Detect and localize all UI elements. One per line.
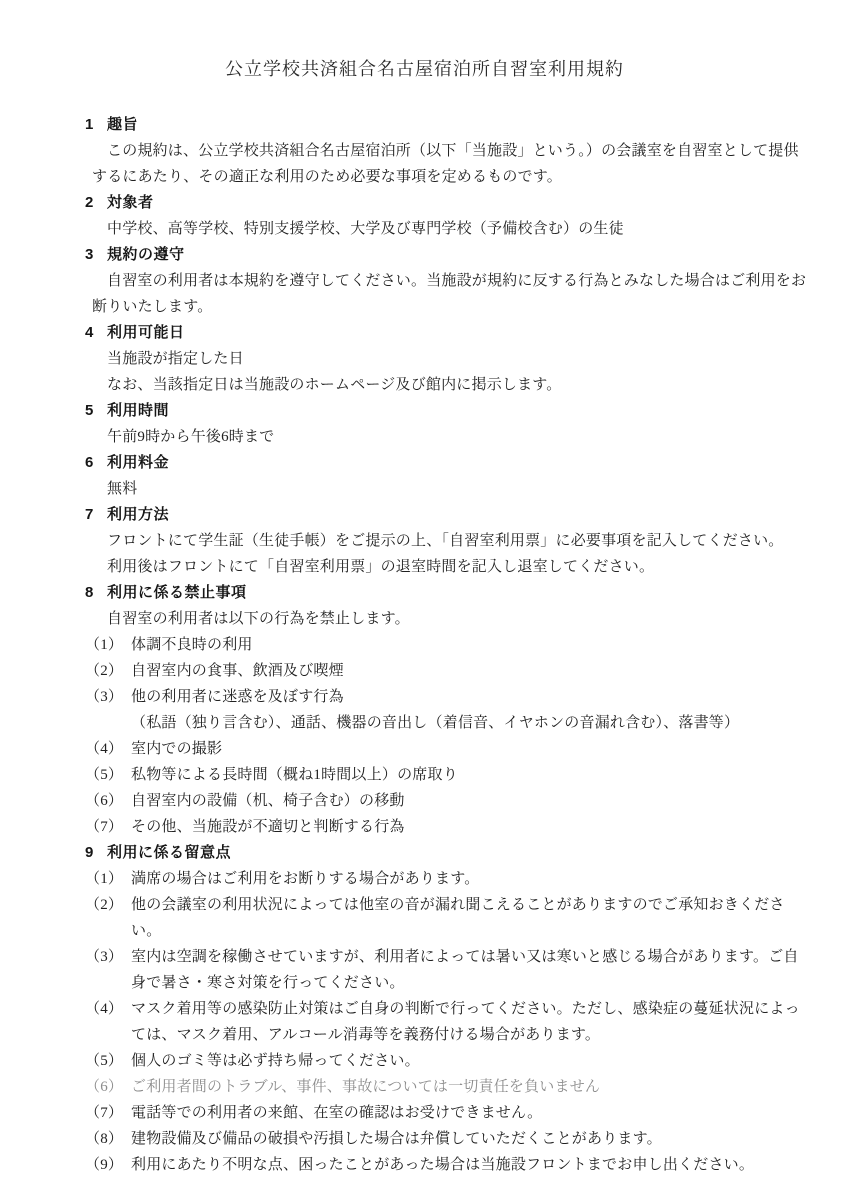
section-7: 7 利用方法 フロントにて学生証（生徒手帳）をご提示の上、「自習室利用票」に必要… [85,502,808,580]
list-item-muted: （6） ご利用者間のトラブル、事件、事故については一切責任を負いません [85,1074,808,1100]
item-marker: （4） [85,996,131,1048]
item-marker: （6） [85,788,131,814]
list-item: （7） その他、当施設が不適切と判断する行為 [85,814,808,840]
item-marker: （7） [85,1100,131,1126]
section-title: 利用料金 [107,450,169,476]
section-heading: 9 利用に係る留意点 [85,840,808,866]
section-number: 6 [85,450,94,476]
list-item: （5） 個人のゴミ等は必ず持ち帰ってください。 [85,1048,808,1074]
section-heading: 8 利用に係る禁止事項 [85,580,808,606]
section-number: 1 [85,112,94,138]
item-marker: （1） [85,632,131,658]
list-item: （1） 体調不良時の利用 [85,632,808,658]
section-number: 8 [85,580,94,606]
section-number: 3 [85,242,94,268]
section-title: 利用に係る禁止事項 [107,580,247,606]
item-text: 自習室内の設備（机、椅子含む）の移動 [131,788,808,814]
section-heading: 2 対象者 [85,190,808,216]
section-4: 4 利用可能日 当施設が指定した日 なお、当該指定日は当施設のホームページ及び館… [85,320,808,398]
section-title: 利用可能日 [107,320,185,346]
list-item: （1） 満席の場合はご利用をお断りする場合があります。 [85,866,808,892]
list-item: （7） 電話等での利用者の来館、在室の確認はお受けできません。 [85,1100,808,1126]
paragraph: 自習室の利用者は本規約を遵守してください。当施設が規約に反する行為とみなした場合… [92,268,808,320]
list-item: （3） 室内は空調を稼働させていますが、利用者によっては暑い又は寒いと感じる場合… [85,944,808,996]
item-marker: （7） [85,814,131,840]
section-title: 対象者 [107,190,154,216]
section-6: 6 利用料金 無料 [85,450,808,502]
item-text: 建物設備及び備品の破損や汚損した場合は弁償していただくことがあります。 [131,1126,808,1152]
section-title: 規約の遵守 [107,242,185,268]
item-text: 利用にあたり不明な点、困ったことがあった場合は当施設フロントまでお申し出ください… [131,1152,808,1178]
section-number: 4 [85,320,94,346]
item-subtext: （私語（独り言含む）、通話、機器の音出し（着信音、イヤホンの音漏れ含む）、落書等… [131,710,808,736]
item-text: 私物等による長時間（概ね1時間以上）の席取り [131,762,808,788]
section-heading: 7 利用方法 [85,502,808,528]
section-heading: 4 利用可能日 [85,320,808,346]
prohibited-item-list: （1） 体調不良時の利用 （2） 自習室内の食事、飲酒及び喫煙 （3） 他の利用… [85,632,808,840]
section-title: 利用方法 [107,502,169,528]
item-marker: （5） [85,762,131,788]
notes-item-list: （1） 満席の場合はご利用をお断りする場合があります。 （2） 他の会議室の利用… [85,866,808,1178]
item-text: 他の会議室の利用状況によっては他室の音が漏れ聞こえることがありますのでご承知おき… [131,892,808,944]
section-8: 8 利用に係る禁止事項 自習室の利用者は以下の行為を禁止します。 （1） 体調不… [85,580,808,840]
item-marker: （9） [85,1152,131,1178]
section-number: 7 [85,502,94,528]
item-marker: （2） [85,892,131,944]
item-marker: （3） [85,944,131,996]
list-item: （2） 自習室内の食事、飲酒及び喫煙 [85,658,808,684]
item-marker: （8） [85,1126,131,1152]
section-5: 5 利用時間 午前9時から午後6時まで [85,398,808,450]
item-text: 満席の場合はご利用をお断りする場合があります。 [131,866,808,892]
section-number: 9 [85,840,94,866]
item-text: 電話等での利用者の来館、在室の確認はお受けできません。 [131,1100,808,1126]
section-heading: 1 趣旨 [85,112,808,138]
section-number: 2 [85,190,94,216]
item-text: 他の利用者に迷惑を及ぼす行為 （私語（独り言含む）、通話、機器の音出し（着信音、… [131,684,808,736]
item-marker: （4） [85,736,131,762]
list-item: （3） 他の利用者に迷惑を及ぼす行為 （私語（独り言含む）、通話、機器の音出し（… [85,684,808,736]
section-1: 1 趣旨 この規約は、公立学校共済組合名古屋宿泊所（以下「当施設」という。）の会… [85,112,808,190]
item-marker: （1） [85,866,131,892]
item-text: 室内での撮影 [131,736,808,762]
list-item: （6） 自習室内の設備（机、椅子含む）の移動 [85,788,808,814]
item-text: その他、当施設が不適切と判断する行為 [131,814,808,840]
item-text: 個人のゴミ等は必ず持ち帰ってください。 [131,1048,808,1074]
item-marker: （6） [85,1074,131,1100]
document-title: 公立学校共済組合名古屋宿泊所自習室利用規約 [63,54,786,84]
paragraph: なお、当該指定日は当施設のホームページ及び館内に掲示します。 [92,372,808,398]
section-number: 5 [85,398,94,424]
list-item: （4） マスク着用等の感染防止対策はご自身の判断で行ってください。ただし、感染症… [85,996,808,1048]
list-item: （9） 利用にあたり不明な点、困ったことがあった場合は当施設フロントまでお申し出… [85,1152,808,1178]
item-marker: （5） [85,1048,131,1074]
section-heading: 3 規約の遵守 [85,242,808,268]
item-text: 自習室内の食事、飲酒及び喫煙 [131,658,808,684]
item-text: 室内は空調を稼働させていますが、利用者によっては暑い又は寒いと感じる場合がありま… [131,944,808,996]
section-2: 2 対象者 中学校、高等学校、特別支援学校、大学及び専門学校（予備校含む）の生徒 [85,190,808,242]
paragraph: フロントにて学生証（生徒手帳）をご提示の上、「自習室利用票」に必要事項を記入して… [92,528,808,554]
item-marker: （2） [85,658,131,684]
item-text: ご利用者間のトラブル、事件、事故については一切責任を負いません [131,1074,808,1100]
item-marker: （3） [85,684,131,736]
list-item: （2） 他の会議室の利用状況によっては他室の音が漏れ聞こえることがありますのでご… [85,892,808,944]
section-title: 利用に係る留意点 [107,840,231,866]
section-9: 9 利用に係る留意点 （1） 満席の場合はご利用をお断りする場合があります。 （… [85,840,808,1178]
paragraph: 利用後はフロントにて「自習室利用票」の退室時間を記入し退室してください。 [92,554,808,580]
paragraph: 当施設が指定した日 [92,346,808,372]
section-title: 趣旨 [107,112,138,138]
section-heading: 6 利用料金 [85,450,808,476]
item-text: 体調不良時の利用 [131,632,808,658]
section-3: 3 規約の遵守 自習室の利用者は本規約を遵守してください。当施設が規約に反する行… [85,242,808,320]
paragraph: 自習室の利用者は以下の行為を禁止します。 [92,606,808,632]
list-item: （5） 私物等による長時間（概ね1時間以上）の席取り [85,762,808,788]
list-item: （4） 室内での撮影 [85,736,808,762]
document-page: 公立学校共済組合名古屋宿泊所自習室利用規約 1 趣旨 この規約は、公立学校共済組… [0,0,848,1200]
paragraph: 中学校、高等学校、特別支援学校、大学及び専門学校（予備校含む）の生徒 [92,216,808,242]
list-item: （8） 建物設備及び備品の破損や汚損した場合は弁償していただくことがあります。 [85,1126,808,1152]
paragraph: 午前9時から午後6時まで [92,424,808,450]
section-heading: 5 利用時間 [85,398,808,424]
paragraph: この規約は、公立学校共済組合名古屋宿泊所（以下「当施設」という。）の会議室を自習… [92,138,808,190]
paragraph: 無料 [92,476,808,502]
item-text: マスク着用等の感染防止対策はご自身の判断で行ってください。ただし、感染症の蔓延状… [131,996,808,1048]
section-title: 利用時間 [107,398,169,424]
item-text-main: 他の利用者に迷惑を及ぼす行為 [131,684,808,710]
